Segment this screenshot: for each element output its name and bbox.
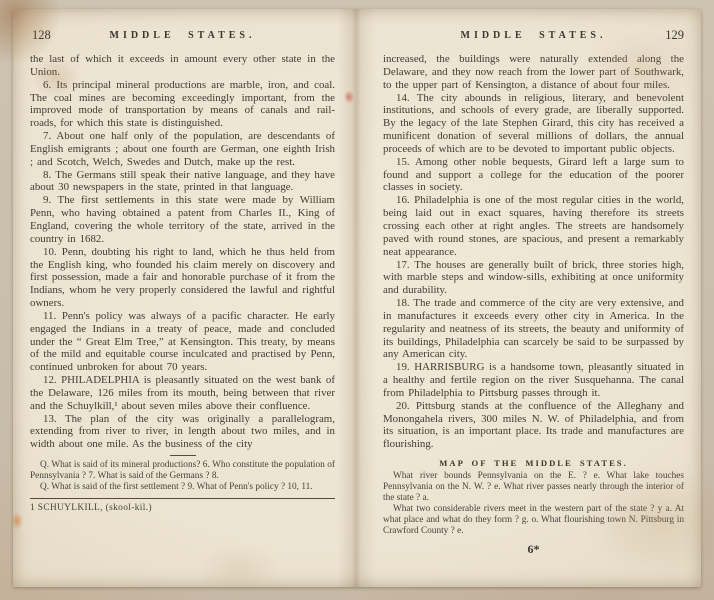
- paragraph: 17. The houses are generally built of br…: [383, 259, 684, 298]
- paragraph: 18. The trade and commerce of the city a…: [383, 297, 684, 361]
- paragraph: the last of which it exceeds in amount e…: [30, 53, 335, 79]
- paragraph: 16. Philadelphia is one of the most regu…: [383, 194, 684, 258]
- paragraph: 7. About one half only of the population…: [30, 130, 335, 169]
- paragraph: 14. The city abounds in religious, liter…: [383, 92, 684, 156]
- running-head-left: MIDDLE STATES.: [30, 30, 335, 41]
- signature-mark: 6*: [383, 542, 684, 557]
- paragraph: 10. Penn, doubting his right to land, wh…: [30, 246, 335, 310]
- left-page-questions: Q. What is said of its mineral productio…: [30, 460, 335, 493]
- question-section-rule: [170, 455, 196, 456]
- map-section-heading: MAP OF THE MIDDLE STATES.: [383, 458, 684, 468]
- question-line: What two considerable rivers meet in the…: [383, 504, 684, 537]
- page-128: 128 MIDDLE STATES. the last of which it …: [13, 9, 357, 587]
- page-number-right: 129: [665, 28, 684, 43]
- left-page-body: the last of which it exceeds in amount e…: [30, 53, 335, 451]
- paragraph: 13. The plan of the city was originally …: [30, 413, 335, 452]
- running-head-right: MIDDLE STATES.: [383, 30, 684, 41]
- question-line: Q. What is said of the first settlement …: [30, 482, 335, 493]
- page-129: MIDDLE STATES. 129 increased, the buildi…: [357, 9, 701, 587]
- left-page-header: 128 MIDDLE STATES.: [30, 30, 335, 45]
- right-page-questions: What river bounds Pennsylvania on the E.…: [383, 471, 684, 537]
- paragraph: 6. Its principal mineral productions are…: [30, 79, 335, 130]
- book-scan: { "document": { "left_page": { "page_num…: [0, 0, 714, 600]
- paragraph: 20. Pittsburg stands at the confluence o…: [383, 400, 684, 451]
- paragraph: 15. Among other noble bequests, Girard l…: [383, 156, 684, 195]
- page-number-left: 128: [32, 28, 51, 43]
- paragraph: increased, the buildings were naturally …: [383, 53, 684, 92]
- right-page-body: increased, the buildings were naturally …: [383, 53, 684, 451]
- paragraph: 11. Penn's policy was always of a pacifi…: [30, 310, 335, 374]
- question-line: Q. What is said of its mineral productio…: [30, 460, 335, 482]
- footnote-rule: [30, 498, 335, 499]
- paragraph: 19. HARRISBURG is a handsome town, pleas…: [383, 361, 684, 400]
- paragraph: 9. The first settlements in this state w…: [30, 194, 335, 245]
- paragraph: 12. PHILADELPHIA is pleasantly situated …: [30, 374, 335, 413]
- question-line: What river bounds Pennsylvania on the E.…: [383, 471, 684, 504]
- page-spread: 128 MIDDLE STATES. the last of which it …: [13, 9, 701, 587]
- paragraph: 8. The Germans still speak their native …: [30, 169, 335, 195]
- footnote: 1 SCHUYLKILL, (skool-kil.): [30, 503, 335, 513]
- right-page-header: MIDDLE STATES. 129: [383, 30, 684, 45]
